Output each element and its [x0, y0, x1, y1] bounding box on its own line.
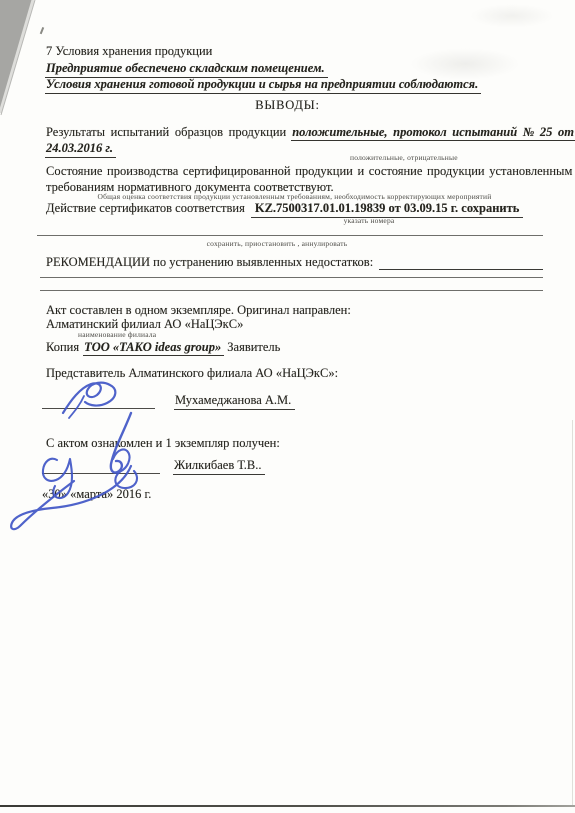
scan-bottom-edge [0, 805, 575, 807]
scan-smudge [410, 48, 520, 80]
copy-value: ТОО «TAKO ideas group» [83, 340, 224, 356]
handwritten-signatures [0, 375, 200, 535]
results-label: Результаты испытаний образцов продукции [46, 125, 286, 139]
production-state-line1: Состояние производства сертифицированной… [46, 164, 572, 179]
scan-right-edge [572, 420, 573, 805]
recommendations-blank [379, 255, 543, 270]
certificates-label: Действие сертификатов соответствия [46, 201, 245, 218]
signature-acknowledgement [11, 413, 137, 529]
certificates-hint-options: сохранить, приостановить , аннулировать [42, 239, 512, 248]
certificates-hint-numbers: указать номера [233, 216, 505, 225]
copy-label: Копия [46, 340, 79, 354]
section7-heading: 7 Условия хранения продукции [46, 44, 212, 59]
act-copies-line: Акт составлен в одном экземпляре. Оригин… [46, 303, 351, 318]
copy-suffix: Заявитель [227, 340, 280, 354]
scanned-document-page: { "doc": { "storage_section": { "heading… [0, 0, 575, 813]
blank-line [40, 277, 543, 278]
scan-smudge [470, 4, 554, 28]
production-state-hint: Общая оценка соответствия продукции уста… [46, 192, 543, 201]
recommendations-label: РЕКОМЕНДАЦИИ по устранению выявленных не… [46, 255, 373, 270]
blank-line [37, 235, 543, 236]
signature-representative [63, 383, 115, 418]
blank-line [40, 290, 543, 291]
results-hint: положительные, отрицательные [350, 153, 458, 162]
results-value-line1: положительные, протокол испытаний № 25 о… [291, 125, 575, 141]
results-value-line2: 24.03.2016 г. [45, 141, 116, 158]
section7-filled-line1: Предприятие обеспечено складским помещен… [45, 61, 328, 78]
conclusions-title: ВЫВОДЫ: [0, 98, 575, 113]
section7-filled-line2: Условия хранения готовой продукции и сыр… [45, 77, 481, 94]
branch-hint: наименование филиала [78, 330, 156, 339]
